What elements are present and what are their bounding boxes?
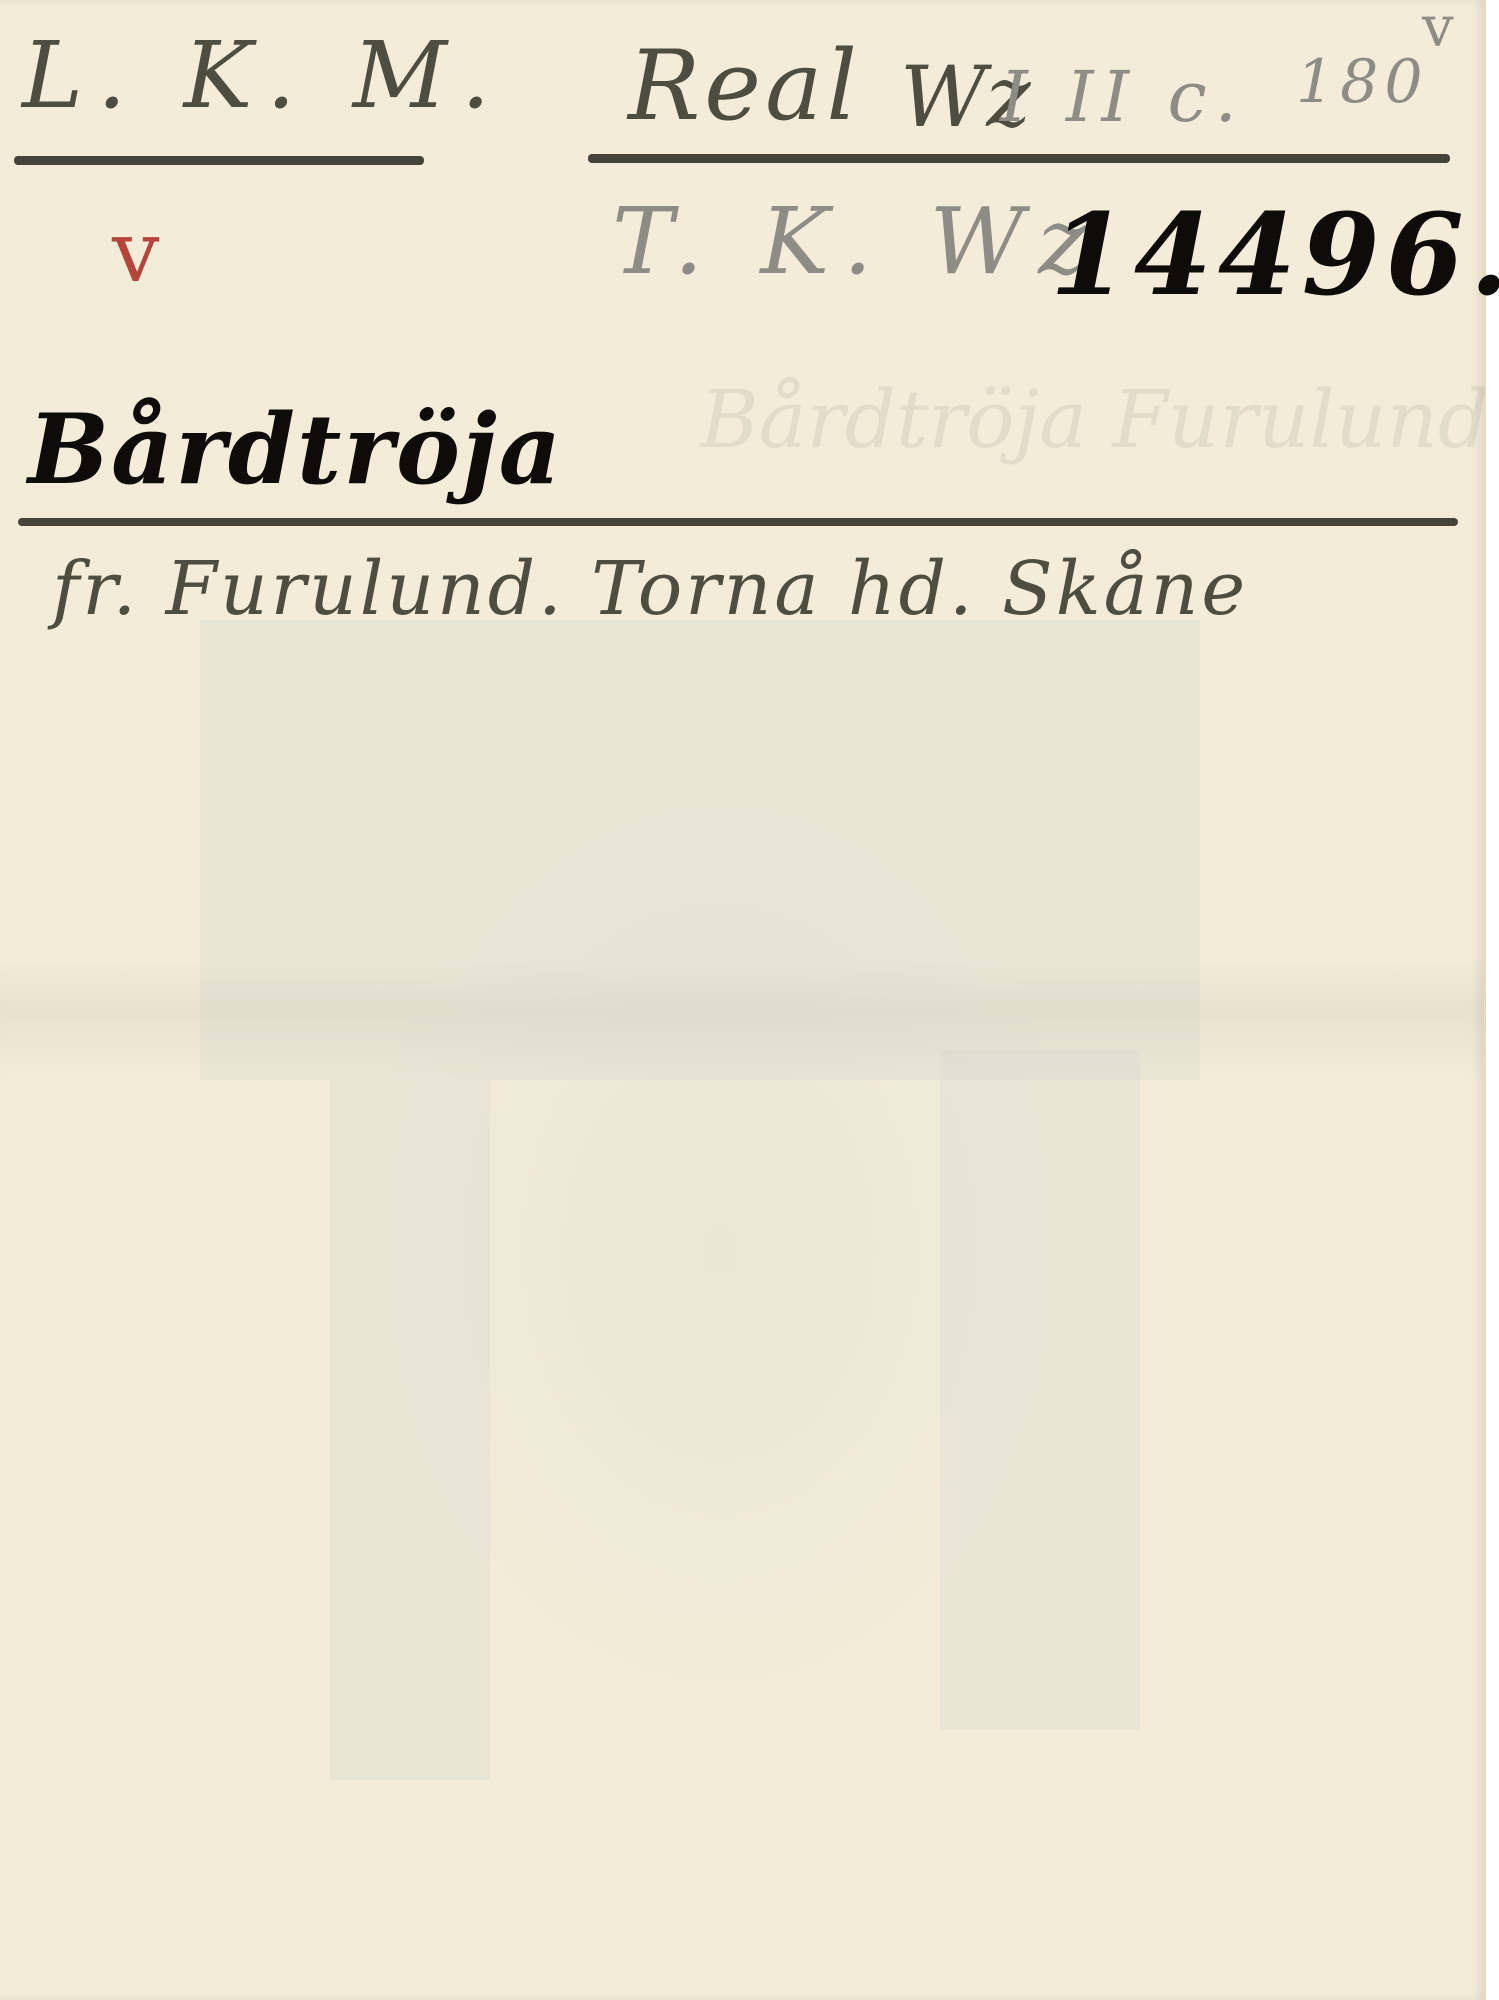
show-through-shadow <box>330 1080 490 1780</box>
header-right-underline <box>588 154 1450 163</box>
classification-code: I II c. <box>1000 62 1245 132</box>
real-label: Real <box>628 38 861 134</box>
show-through-shadow <box>200 620 1200 1080</box>
object-title: Bårdtröja <box>28 402 563 498</box>
title-underline <box>18 518 1458 526</box>
header-left-underline <box>14 156 424 165</box>
inventory-number: 14496. <box>1050 200 1499 312</box>
show-through-text: Bårdtröja Furulund Skåne <box>700 380 1499 460</box>
show-through-shadow <box>940 1050 1140 1730</box>
pencil-number: 180 <box>1296 52 1429 112</box>
red-check-icon: v <box>112 210 159 294</box>
catalog-card: Bårdtröja Furulund Skåne L. K. M. Real W… <box>0 0 1486 2000</box>
corner-check-icon: v <box>1422 0 1454 56</box>
museum-abbreviation: L. K. M. <box>22 30 504 122</box>
object-origin: fr. Furulund. Torna hd. Skåne <box>52 552 1248 626</box>
inventory-prefix: T. K. Wz <box>612 196 1101 288</box>
